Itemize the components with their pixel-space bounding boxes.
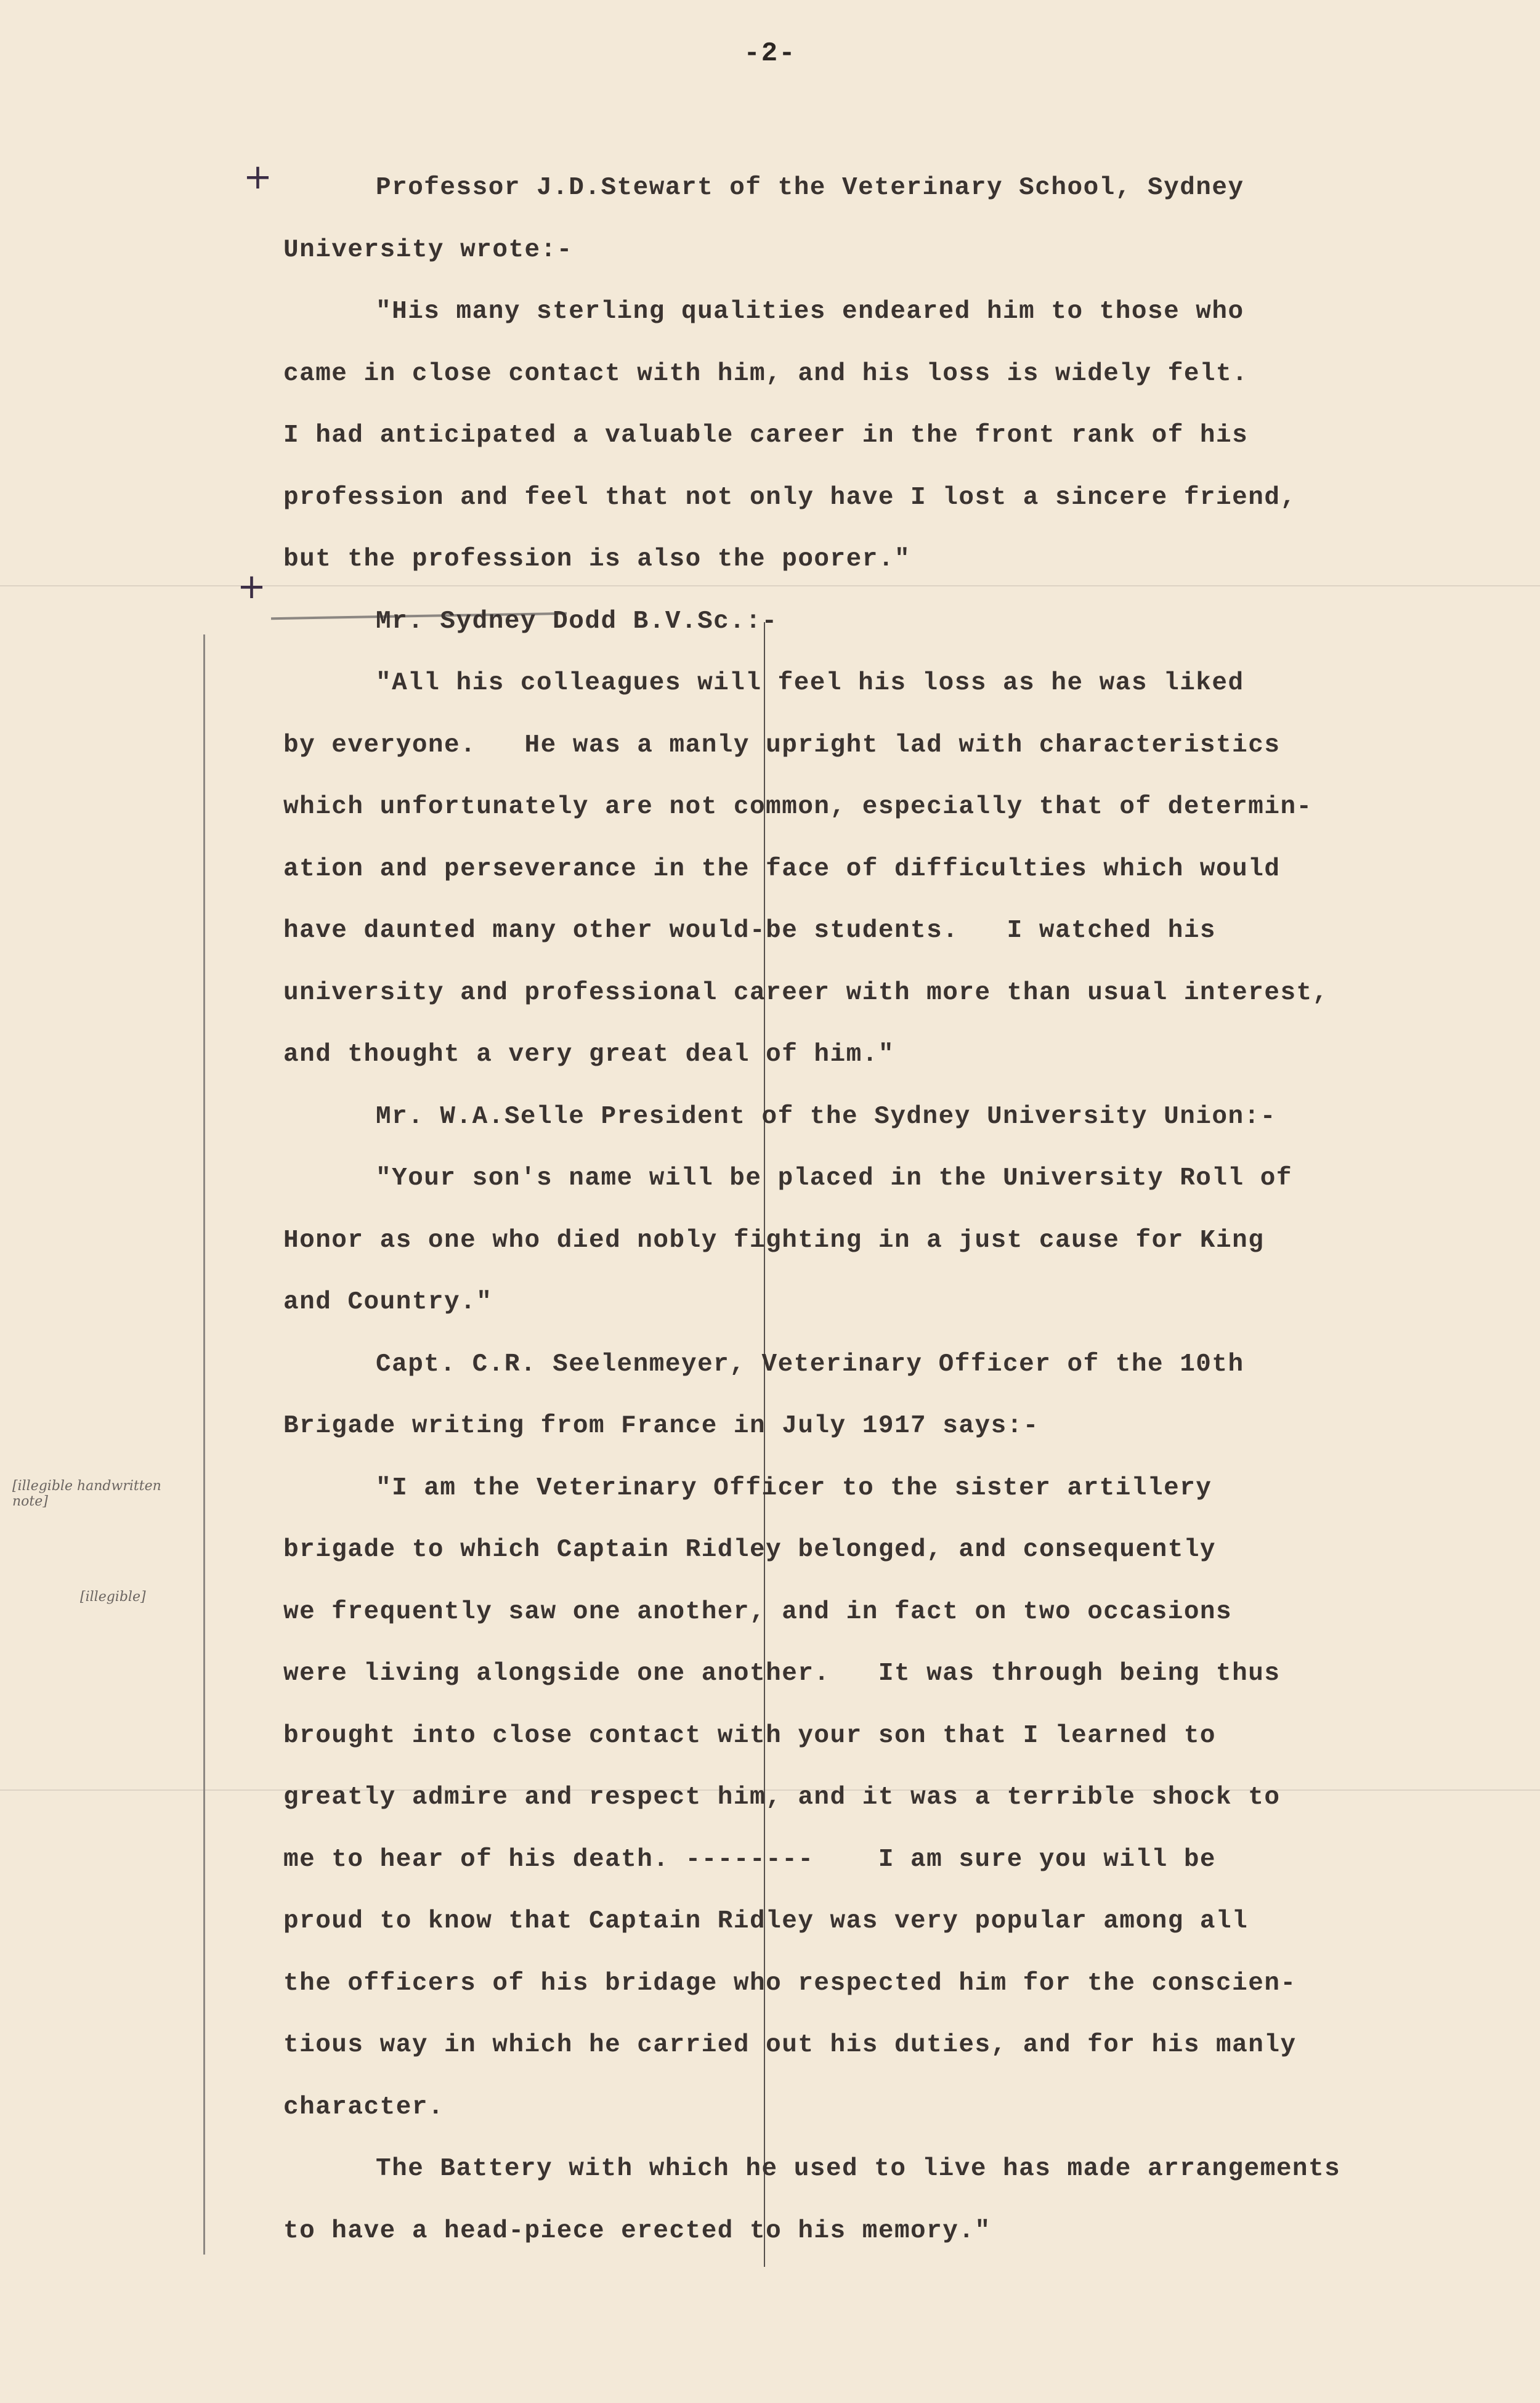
- cross-mark-icon: +: [243, 157, 272, 197]
- text-line: tious way in which he carried out his du…: [283, 2014, 1503, 2077]
- text-line: Capt. C.R. Seelenmeyer, Veterinary Offic…: [283, 1334, 1503, 1396]
- text-line: University wrote:-: [283, 219, 1503, 282]
- page-number: -2-: [0, 38, 1540, 69]
- text-line: university and professional career with …: [283, 962, 1503, 1024]
- cross-mark-icon: +: [237, 567, 266, 607]
- margin-note: [illegible handwritten note]: [12, 1478, 197, 1509]
- text-line: by everyone. He was a manly upright lad …: [283, 715, 1503, 777]
- text-line: and Country.": [283, 1271, 1503, 1334]
- text-line: Mr. Sydney Dodd B.V.Sc.:-: [283, 591, 1503, 653]
- text-line: "Your son's name will be placed in the U…: [283, 1148, 1503, 1210]
- text-line: "All his colleagues will feel his loss a…: [283, 652, 1503, 715]
- text-line: but the profession is also the poorer.": [283, 529, 1503, 591]
- text-line: proud to know that Captain Ridley was ve…: [283, 1890, 1503, 1953]
- text-line: The Battery with which he used to live h…: [283, 2138, 1503, 2200]
- text-line: Brigade writing from France in July 1917…: [283, 1395, 1503, 1457]
- text-line: have daunted many other would-be student…: [283, 900, 1503, 962]
- text-line: I had anticipated a valuable career in t…: [283, 405, 1503, 467]
- margin-note: [illegible]: [80, 1589, 146, 1605]
- letter-body: Professor J.D.Stewart of the Veterinary …: [283, 157, 1503, 2262]
- text-line: brought into close contact with your son…: [283, 1705, 1503, 1767]
- text-line: "His many sterling qualities endeared hi…: [283, 281, 1503, 343]
- text-line: the officers of his bridage who respecte…: [283, 1953, 1503, 2015]
- text-line: Mr. W.A.Selle President of the Sydney Un…: [283, 1086, 1503, 1148]
- text-line: brigade to which Captain Ridley belonged…: [283, 1519, 1503, 1581]
- text-line: which unfortunately are not common, espe…: [283, 776, 1503, 838]
- text-line: character.: [283, 2077, 1503, 2139]
- text-line: we frequently saw one another, and in fa…: [283, 1581, 1503, 1643]
- text-line: came in close contact with him, and his …: [283, 343, 1503, 405]
- text-line: "I am the Veterinary Officer to the sist…: [283, 1457, 1503, 1520]
- text-line: were living alongside one another. It wa…: [283, 1643, 1503, 1705]
- text-line: to have a head-piece erected to his memo…: [283, 2200, 1503, 2263]
- pencil-bracket-line: [203, 634, 205, 2255]
- text-line: and thought a very great deal of him.": [283, 1024, 1503, 1086]
- text-line: profession and feel that not only have I…: [283, 467, 1503, 529]
- text-line: Professor J.D.Stewart of the Veterinary …: [283, 157, 1503, 219]
- text-line: ation and perseverance in the face of di…: [283, 838, 1503, 901]
- text-line: greatly admire and respect him, and it w…: [283, 1767, 1503, 1829]
- text-line: me to hear of his death. -------- I am s…: [283, 1829, 1503, 1891]
- text-line: Honor as one who died nobly fighting in …: [283, 1210, 1503, 1272]
